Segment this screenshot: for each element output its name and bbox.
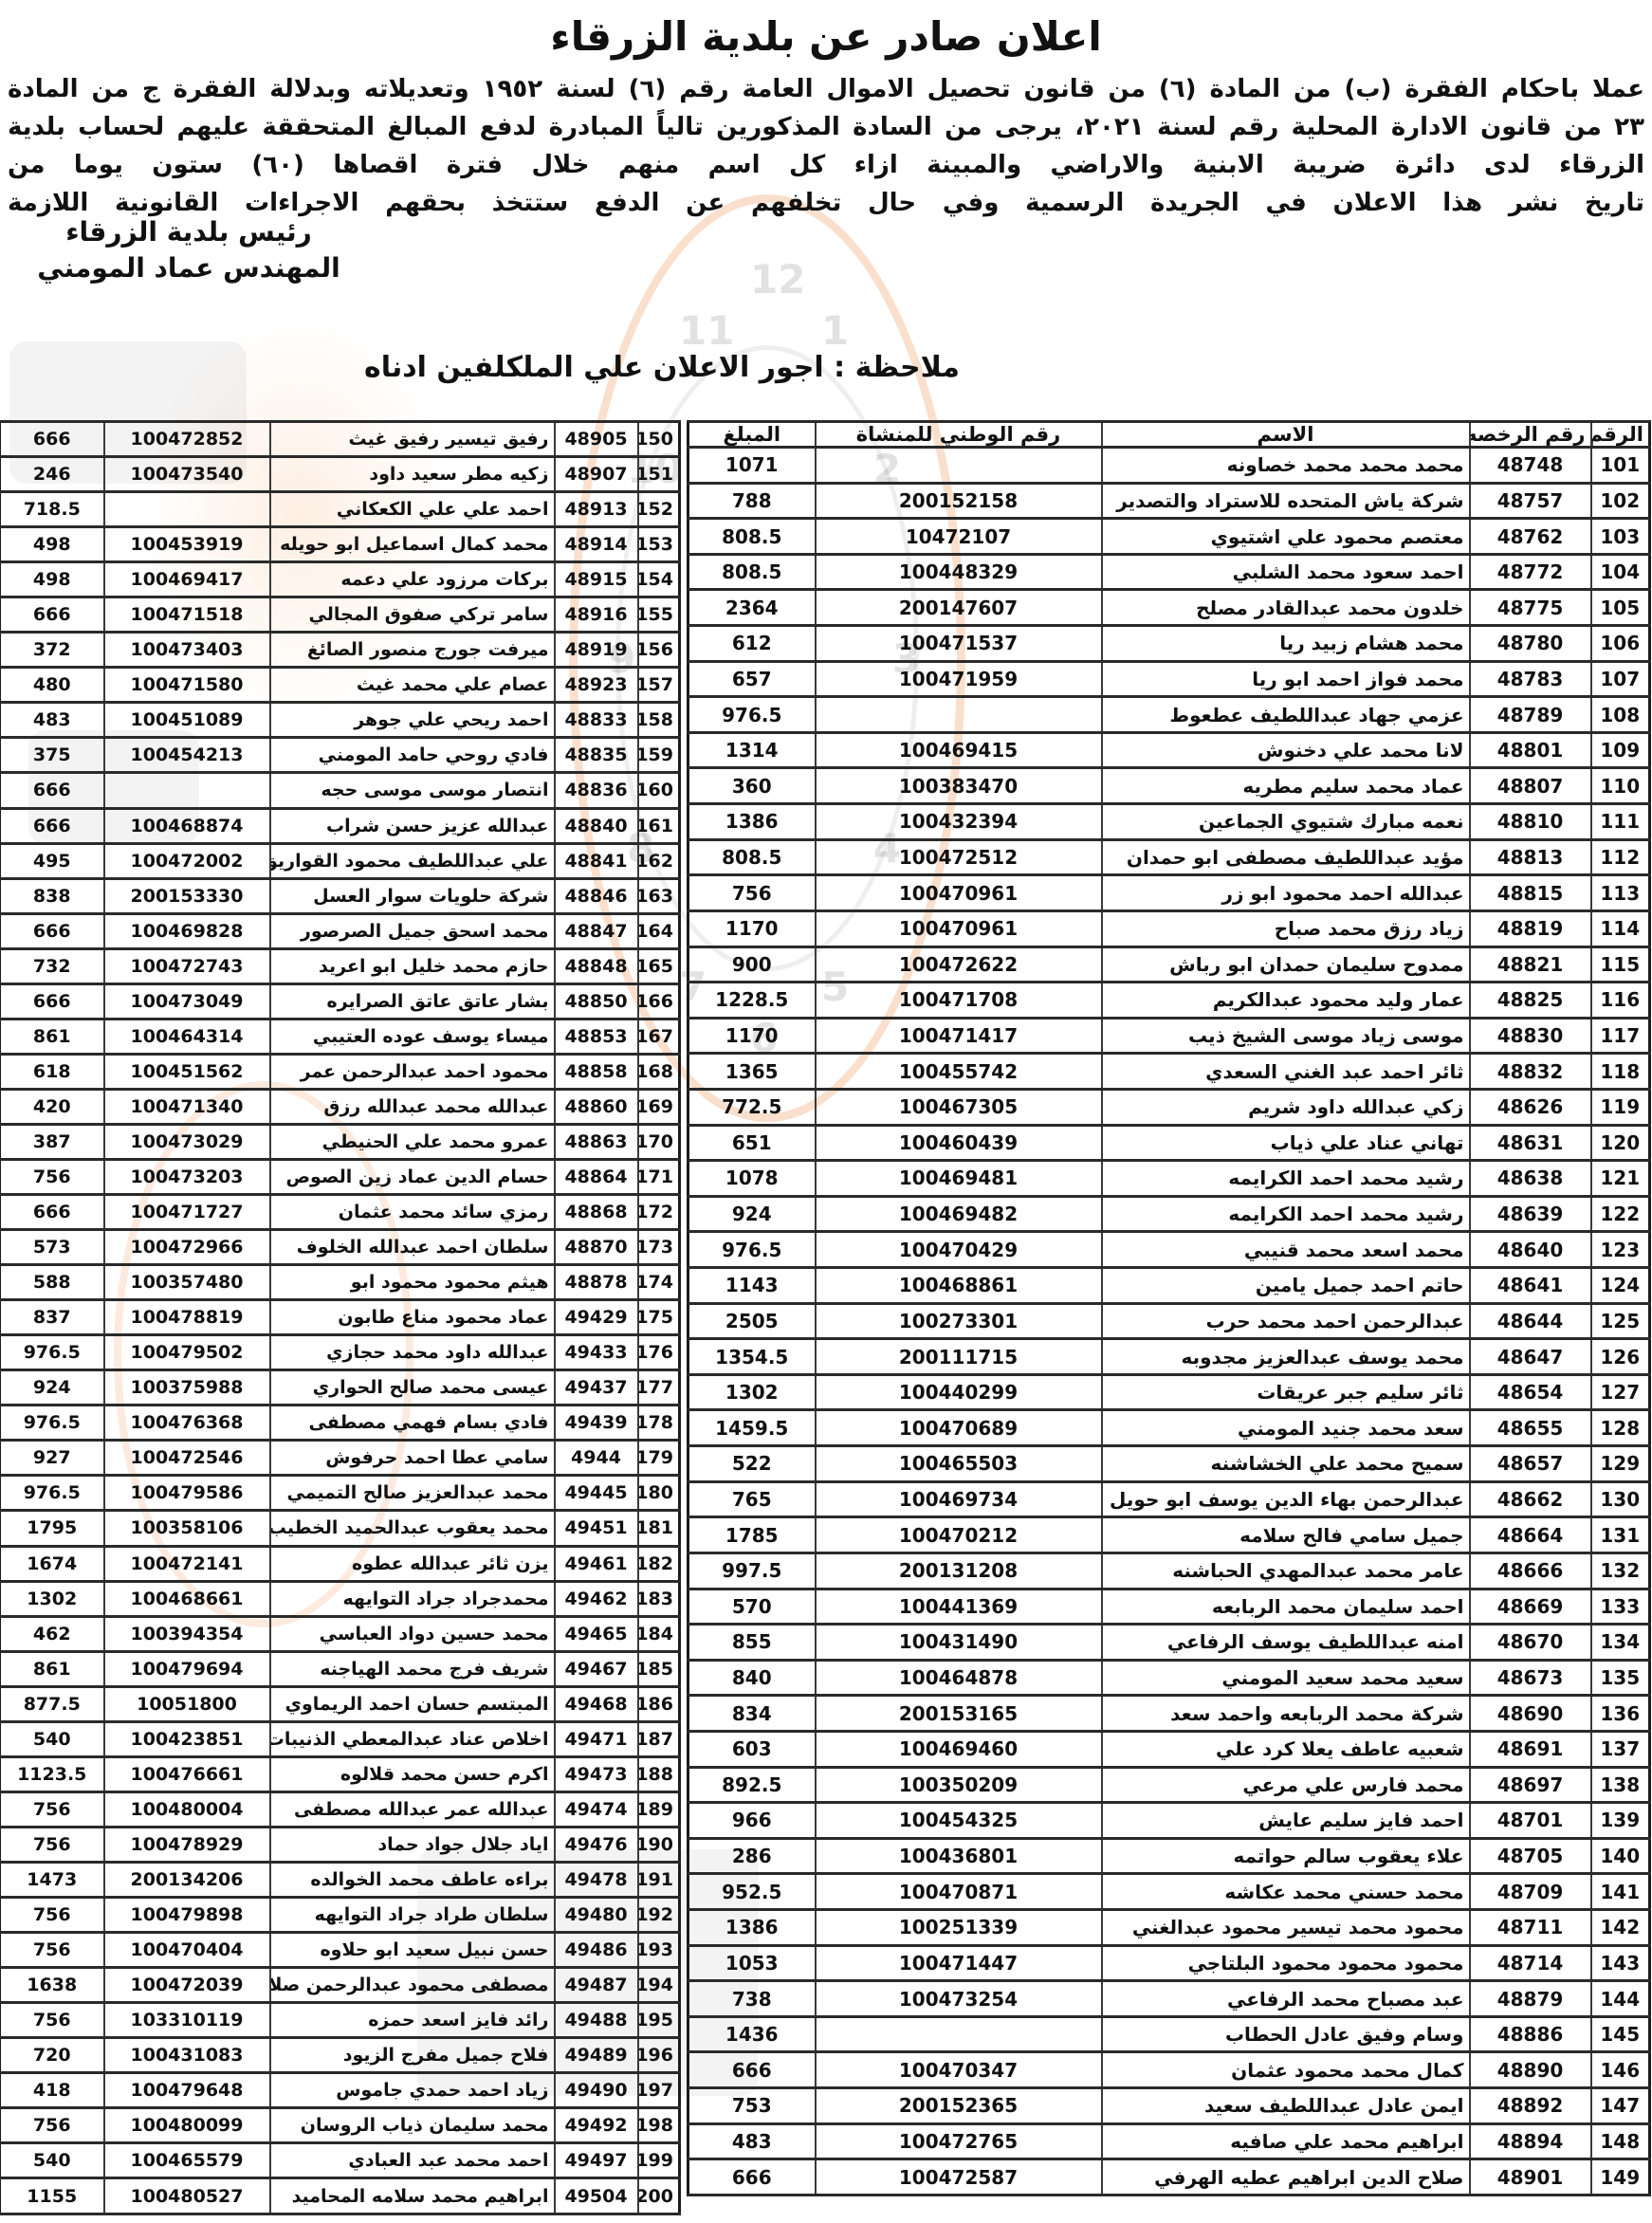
cell-num: 171 <box>638 1159 680 1194</box>
cell-license: 48913 <box>555 492 638 527</box>
cell-num: 133 <box>1591 1589 1650 1625</box>
table-row: 18049445محمد عبدالعزيز صالح التميمي10047… <box>0 1476 680 1511</box>
table-row: 11748830موسى زياد موسى الشيخ ذيب10047141… <box>688 1018 1650 1054</box>
cell-amount: 976.5 <box>0 1405 104 1441</box>
cell-license: 48858 <box>555 1054 638 1089</box>
cell-num: 119 <box>1591 1089 1650 1125</box>
cell-national: 100471580 <box>104 668 270 703</box>
cell-amount: 877.5 <box>0 1686 104 1721</box>
cell-num: 111 <box>1591 804 1650 840</box>
cell-national: 100464314 <box>104 1019 270 1054</box>
cell-license: 48879 <box>1470 1981 1591 2017</box>
cell-national: 100440299 <box>816 1374 1102 1410</box>
table-row: 15048905رفيق تيسير رفيق غيث100472852666 <box>0 422 680 457</box>
cell-license: 48701 <box>1470 1803 1591 1839</box>
cell-num: 186 <box>638 1686 680 1721</box>
cell-num: 188 <box>638 1756 680 1791</box>
cell-amount: 1155 <box>0 2178 104 2214</box>
cell-amount: 1386 <box>688 1909 816 1945</box>
cell-amount: 966 <box>688 1803 816 1839</box>
cell-name: احمد علي علي الكعكاني <box>270 492 555 527</box>
cell-amount: 765 <box>688 1481 816 1517</box>
cell-national: 100470689 <box>816 1410 1102 1446</box>
cell-name: فلاح جميل مفرج الزيود <box>270 2038 555 2073</box>
table-row: 13548673سعيد محمد سعيد المومني1004648788… <box>688 1660 1650 1696</box>
cell-national: 100472852 <box>104 422 270 457</box>
cell-license: 49497 <box>555 2143 638 2178</box>
table-row: 19749490زياد احمد حمدي جاموس100479648418 <box>0 2073 680 2108</box>
cell-license: 49439 <box>555 1405 638 1441</box>
cell-license: 48892 <box>1470 2088 1591 2124</box>
cell-license: 49489 <box>555 2038 638 2073</box>
table-row: 10548775خلدون محمد عبدالقادر مصلح2001476… <box>688 590 1650 626</box>
cell-name: عبدالله عمر عبدالله مصطفى <box>270 1791 555 1827</box>
cell-num: 142 <box>1591 1909 1650 1945</box>
cell-num: 107 <box>1591 661 1650 697</box>
table-row: 12548644عبدالرحمن احمد محمد حرب100273301… <box>688 1303 1650 1339</box>
cell-amount: 1123.5 <box>0 1756 104 1791</box>
table-row: 14948901صلاح الدين ابراهيم عطيه الهرفي10… <box>688 2159 1650 2195</box>
cell-num: 104 <box>1591 554 1650 590</box>
table-row: 19049476اياد جلال جواد حماد100478929756 <box>0 1827 680 1862</box>
cell-license: 48655 <box>1470 1410 1591 1446</box>
cell-national: 100465579 <box>104 2143 270 2178</box>
cell-num: 136 <box>1591 1696 1650 1732</box>
cell-num: 135 <box>1591 1660 1650 1696</box>
cell-name: محمد اسعد محمد قنيبي <box>1102 1232 1470 1268</box>
table-row: 15448915بركات مرزود علي دعمه100469417498 <box>0 562 680 597</box>
cell-amount: 772.5 <box>688 1089 816 1125</box>
cell-name: شركة ياش المتحده للاستراد والتصدير <box>1102 483 1470 519</box>
table-row: 17148864حسام الدين عماد زين الصوص1004732… <box>0 1159 680 1194</box>
cell-license: 48894 <box>1470 2123 1591 2159</box>
cell-license: 48705 <box>1470 1838 1591 1874</box>
cell-name: انتصار موسى موسى حجه <box>270 773 555 808</box>
cell-num: 102 <box>1591 483 1650 519</box>
cell-amount: 1302 <box>0 1581 104 1616</box>
col-header-national: رقم الوطني للمنشاة <box>816 422 1102 448</box>
cell-name: ثائر احمد عبد الغني السعدي <box>1102 1054 1470 1090</box>
cell-national: 100432394 <box>816 804 1102 840</box>
cell-amount: 997.5 <box>688 1552 816 1589</box>
cell-name: حازم محمد خليل ابو اعريد <box>270 948 555 983</box>
cell-num: 131 <box>1591 1517 1650 1553</box>
table-row: 12248639رشيد محمد احمد الكرايمه100469482… <box>688 1196 1650 1232</box>
cell-national: 100375988 <box>104 1370 270 1405</box>
table-row: 12848655سعد محمد جنيد المومني10047068914… <box>688 1410 1650 1446</box>
cell-amount: 1638 <box>0 1968 104 2003</box>
table-row: 10848789عزمي جهاد عبداللطيف عطعوط976.5 <box>688 697 1650 733</box>
cell-national: 100441369 <box>816 1589 1102 1625</box>
cell-national: 100471518 <box>104 597 270 633</box>
cell-license: 48864 <box>555 1159 638 1194</box>
table-row: 12148638رشيد محمد احمد الكرايمه100469481… <box>688 1161 1650 1197</box>
cell-name: جميل سامي فالح سلامه <box>1102 1517 1470 1553</box>
cell-name: وسام وفيق عادل الحطاب <box>1102 2016 1470 2052</box>
table-row: 14148709محمد حسني محمد عكاشه100470871952… <box>688 1874 1650 1910</box>
cell-name: خلدون محمد عبدالقادر مصلح <box>1102 590 1470 626</box>
cell-license: 48691 <box>1470 1731 1591 1767</box>
table-row: 16548848حازم محمد خليل ابو اعريد10047274… <box>0 948 680 983</box>
cell-name: ابراهيم محمد سلامه المحاميد <box>270 2178 555 2214</box>
cell-name: عبدالله محمد عبدالله رزق <box>270 1089 555 1124</box>
cell-amount: 976.5 <box>0 1335 104 1370</box>
cell-num: 166 <box>638 983 680 1019</box>
table-row: 18649468المبتسم حسان احمد الريماوي100518… <box>0 1686 680 1721</box>
cell-license: 48639 <box>1470 1196 1591 1232</box>
cell-license: 48915 <box>555 562 638 597</box>
cell-national: 100470212 <box>816 1517 1102 1553</box>
table-row: 11348815عبدالله احمد محمود ابو زر1004709… <box>688 875 1650 911</box>
cell-national: 100469481 <box>816 1161 1102 1197</box>
cell-amount: 540 <box>0 1721 104 1756</box>
cell-amount: 495 <box>0 843 104 878</box>
cell-amount: 666 <box>0 913 104 948</box>
cell-amount: 808.5 <box>688 839 816 875</box>
table-row: 1794944سامي عطا احمد حرفوش100472546927 <box>0 1441 680 1476</box>
cell-amount: 1354.5 <box>688 1339 816 1375</box>
cell-license: 48714 <box>1470 1945 1591 1981</box>
cell-national: 100460439 <box>816 1125 1102 1161</box>
table-row: 10648780محمد هشام زبيد ريا100471537612 <box>688 626 1650 662</box>
cell-num: 185 <box>638 1651 680 1686</box>
cell-amount: 618 <box>0 1054 104 1089</box>
fees-table-right: الرقم رقم الرخصه الاسم رقم الوطني للمنشا… <box>687 420 1651 2196</box>
cell-amount: 976.5 <box>688 1232 816 1268</box>
cell-num: 194 <box>638 1968 680 2003</box>
cell-license: 48850 <box>555 983 638 1019</box>
cell-license: 48775 <box>1470 590 1591 626</box>
table-row: 18349462محمدجراد جراد التوايهه1004686611… <box>0 1581 680 1616</box>
cell-name: ثائر سليم جبر عريقات <box>1102 1374 1470 1410</box>
cell-num: 164 <box>638 913 680 948</box>
cell-license: 48690 <box>1470 1696 1591 1732</box>
cell-national: 100350209 <box>816 1767 1102 1803</box>
cell-license: 48813 <box>1470 839 1591 875</box>
cell-national: 100471340 <box>104 1089 270 1124</box>
cell-national: 100472512 <box>816 839 1102 875</box>
table-row: 14648890كمال محمد محمود عثمان10047034766… <box>688 2052 1650 2088</box>
cell-national: 100479586 <box>104 1476 270 1511</box>
cell-license: 49461 <box>555 1546 638 1581</box>
table-row: 14748892ايمن عادل عبداللطيف سعيد20015236… <box>688 2088 1650 2124</box>
table-row: 17849439فادي بسام فهمي مصطفى100476368976… <box>0 1405 680 1441</box>
cell-num: 128 <box>1591 1410 1650 1446</box>
cell-num: 178 <box>638 1405 680 1441</box>
cell-amount: 855 <box>688 1625 816 1661</box>
cell-amount: 756 <box>0 1159 104 1194</box>
cell-amount: 1436 <box>688 2016 816 2052</box>
cell-num: 179 <box>638 1441 680 1476</box>
table-row: 17549429عماد محمود مناع طابون10047881983… <box>0 1300 680 1335</box>
cell-amount: 372 <box>0 633 104 668</box>
cell-amount: 756 <box>0 1933 104 1968</box>
fees-table-left-wrap: 15048905رفيق تيسير رفيق غيث1004728526661… <box>1 420 681 2215</box>
cell-amount: 612 <box>688 626 816 662</box>
cell-national: 200153330 <box>104 878 270 913</box>
cell-name: عامر محمد عبدالمهدي الحباشنه <box>1102 1552 1470 1589</box>
cell-national: 100476368 <box>104 1405 270 1441</box>
cell-national: 100471959 <box>816 661 1102 697</box>
table-row: 19149478براءه عاطف محمد الخوالده20013420… <box>0 1862 680 1897</box>
cell-num: 108 <box>1591 697 1650 733</box>
table-row: 19849492محمد سليمان ذياب الروسان10048009… <box>0 2108 680 2143</box>
table-row: 12648647محمد يوسف عبدالعزيز مجدوبه200111… <box>688 1339 1650 1375</box>
cell-num: 114 <box>1591 910 1650 946</box>
cell-amount: 924 <box>0 1370 104 1405</box>
table-row: 13448670امنه عبداللطيف يوسف الرفاعي10043… <box>688 1625 1650 1661</box>
cell-amount: 540 <box>0 2143 104 2178</box>
cell-license: 49467 <box>555 1651 638 1686</box>
cell-num: 168 <box>638 1054 680 1089</box>
cell-num: 157 <box>638 668 680 703</box>
cell-num: 147 <box>1591 2088 1650 2124</box>
cell-name: امنه عبداللطيف يوسف الرفاعي <box>1102 1625 1470 1661</box>
cell-num: 106 <box>1591 626 1650 662</box>
cell-license: 48833 <box>555 703 638 738</box>
cell-num: 187 <box>638 1721 680 1756</box>
cell-license: 48914 <box>555 527 638 562</box>
cell-amount: 2364 <box>688 590 816 626</box>
table-row: 18849473اكرم حسن محمد قلالوه100476661112… <box>0 1756 680 1791</box>
cell-name: عزمي جهاد عبداللطيف عطعوط <box>1102 697 1470 733</box>
table-row: 15148907زكيه مطر سعيد داود100473540246 <box>0 457 680 492</box>
cell-national: 100471537 <box>816 626 1102 662</box>
cell-license: 49488 <box>555 2003 638 2038</box>
cell-license: 48832 <box>1470 1054 1591 1090</box>
cell-license: 48807 <box>1470 768 1591 804</box>
cell-num: 121 <box>1591 1161 1650 1197</box>
table-row: 16748853ميساء يوسف عوده العتيبي100464314… <box>0 1019 680 1054</box>
table-row: 17248868رمزي سائد محمد عثمان100471727666 <box>0 1195 680 1230</box>
cell-national: 100468874 <box>104 808 270 843</box>
cell-num: 196 <box>638 2038 680 2073</box>
cell-license: 49504 <box>555 2178 638 2214</box>
fees-table-right-wrap: الرقم رقم الرخصه الاسم رقم الوطني للمنشا… <box>689 420 1651 2196</box>
cell-license: 48654 <box>1470 1374 1591 1410</box>
cell-national <box>816 448 1102 484</box>
cell-national: 100357480 <box>104 1265 270 1300</box>
cell-name: لانا محمد علي دخنوش <box>1102 732 1470 768</box>
cell-num: 143 <box>1591 1945 1650 1981</box>
table-row: 10948801لانا محمد علي دخنوش1004694151314 <box>688 732 1650 768</box>
cell-name: سميح محمد علي الخشاشنه <box>1102 1446 1470 1482</box>
cell-amount: 570 <box>688 1589 816 1625</box>
cell-num: 170 <box>638 1124 680 1159</box>
cell-license: 49471 <box>555 1721 638 1756</box>
cell-name: فادي بسام فهمي مصطفى <box>270 1405 555 1441</box>
cell-num: 144 <box>1591 1981 1650 2017</box>
table-row: 16848858محمود احمد عبدالرحمن عمر10045156… <box>0 1054 680 1089</box>
cell-amount: 666 <box>688 2159 816 2195</box>
cell-num: 190 <box>638 1827 680 1862</box>
cell-name: محمد محمد محمد خصاونه <box>1102 448 1470 484</box>
cell-name: اكرم حسن محمد قلالوه <box>270 1756 555 1791</box>
cell-num: 139 <box>1591 1803 1650 1839</box>
cell-name: عماد محمد سليم مطريه <box>1102 768 1470 804</box>
cell-national: 200152365 <box>816 2088 1102 2124</box>
cell-amount: 976.5 <box>688 697 816 733</box>
cell-national: 100469482 <box>816 1196 1102 1232</box>
cell-national: 100469828 <box>104 913 270 948</box>
cell-num: 141 <box>1591 1874 1650 1910</box>
cell-name: محمود محمد تيسير محمود عبدالغني <box>1102 1909 1470 1945</box>
cell-license: 49486 <box>555 1933 638 1968</box>
cell-num: 138 <box>1591 1767 1650 1803</box>
cell-name: محمد كمال اسماعيل ابو حويله <box>270 527 555 562</box>
table-row: 13748691شعبيه عاطف يعلا كرد علي100469460… <box>688 1731 1650 1767</box>
cell-national: 100472765 <box>816 2123 1102 2159</box>
cell-national: 100473203 <box>104 1159 270 1194</box>
cell-national: 100470961 <box>816 875 1102 911</box>
table-row: 18249461يزن ثائر عبدالله عطوه10047214116… <box>0 1546 680 1581</box>
cell-national: 200153165 <box>816 1696 1102 1732</box>
col-header-num: الرقم <box>1591 422 1650 448</box>
cell-national: 100454213 <box>104 738 270 773</box>
cell-license: 48801 <box>1470 732 1591 768</box>
cell-license: 48669 <box>1470 1589 1591 1625</box>
cell-amount: 788 <box>688 483 816 519</box>
cell-amount: 976.5 <box>0 1476 104 1511</box>
cell-amount: 588 <box>0 1265 104 1300</box>
cell-amount: 738 <box>688 1981 816 2017</box>
cell-amount: 651 <box>688 1125 816 1161</box>
cell-amount: 718.5 <box>0 492 104 527</box>
cell-amount: 420 <box>0 1089 104 1124</box>
cell-license: 49480 <box>555 1897 638 1932</box>
cell-num: 193 <box>638 1933 680 1968</box>
cell-num: 199 <box>638 2143 680 2178</box>
cell-name: حسام الدين عماد زين الصوص <box>270 1159 555 1194</box>
table-row: 13348669احمد سليمان محمد الربابعه1004413… <box>688 1589 1650 1625</box>
cell-amount: 480 <box>0 668 104 703</box>
table-row: 19249480سلطان طراد جراد التوايهه10047989… <box>0 1897 680 1932</box>
cell-amount: 1143 <box>688 1268 816 1304</box>
cell-national <box>816 2016 1102 2052</box>
cell-num: 182 <box>638 1546 680 1581</box>
cell-license: 48783 <box>1470 661 1591 697</box>
cell-amount: 861 <box>0 1651 104 1686</box>
cell-name: هيثم محمود محمود ابو <box>270 1265 555 1300</box>
cell-num: 183 <box>638 1581 680 1616</box>
cell-name: ميرفت جورج منصور الصائغ <box>270 633 555 668</box>
cell-license: 48819 <box>1470 910 1591 946</box>
cell-national: 103310119 <box>104 2003 270 2038</box>
cell-amount: 462 <box>0 1616 104 1651</box>
cell-national <box>104 492 270 527</box>
cell-num: 160 <box>638 773 680 808</box>
cell-license: 48860 <box>555 1089 638 1124</box>
cell-name: زكيه مطر سعيد داود <box>270 457 555 492</box>
cell-license: 48780 <box>1470 626 1591 662</box>
cell-name: عبد مصباح محمد الرفاعي <box>1102 1981 1470 2017</box>
cell-name: سعيد محمد سعيد المومني <box>1102 1660 1470 1696</box>
announcement-page: 121234567891011 اعلان صادر عن بلدية الزر… <box>0 0 1652 2223</box>
cell-license: 48670 <box>1470 1625 1591 1661</box>
cell-name: نعمه مبارك شتيوي الجماعين <box>1102 804 1470 840</box>
cell-amount: 522 <box>688 1446 816 1482</box>
signature-block: رئيس بلدية الزرقاء المهندس عماد المومني <box>23 214 355 286</box>
cell-name: محمد يعقوب عبدالحميد الخطيب <box>270 1511 555 1546</box>
cell-name: محمود محمود محمود البلتاجي <box>1102 1945 1470 1981</box>
table-row: 11848832ثائر احمد عبد الغني السعدي100455… <box>688 1054 1650 1090</box>
cell-license: 48830 <box>1470 1018 1591 1054</box>
table-row: 19949497احمد محمد عبد العبادي10046557954… <box>0 2143 680 2178</box>
table-row: 17749437عيسى محمد صالح الحواري1003759889… <box>0 1370 680 1405</box>
cell-name: يزن ثائر عبدالله عطوه <box>270 1546 555 1581</box>
cell-license: 49473 <box>555 1756 638 1791</box>
cell-license: 49465 <box>555 1616 638 1651</box>
cell-num: 159 <box>638 738 680 773</box>
cell-national: 100383470 <box>816 768 1102 804</box>
table-row: 13148664جميل سامي فالح سلامه100470212178… <box>688 1517 1650 1553</box>
table-row: 18749471اخلاص عناد عبدالمعطي الذنيبات100… <box>0 1721 680 1756</box>
cell-national: 100470961 <box>816 910 1102 946</box>
cell-license: 48644 <box>1470 1303 1591 1339</box>
table-row: 14248711محمود محمد تيسير محمود عبدالغني1… <box>688 1909 1650 1945</box>
cell-num: 163 <box>638 878 680 913</box>
table-row: 13648690شركة محمد الربابعه واحمد سعد2001… <box>688 1696 1650 1732</box>
cell-amount: 1459.5 <box>688 1410 816 1446</box>
cell-national: 100473049 <box>104 983 270 1019</box>
fees-table-left: 15048905رفيق تيسير رفيق غيث1004728526661… <box>0 420 681 2215</box>
cell-name: حاتم احمد جميل يامين <box>1102 1268 1470 1304</box>
cell-national: 100472587 <box>816 2159 1102 2195</box>
cell-national: 100473540 <box>104 457 270 492</box>
cell-license: 48878 <box>555 1265 638 1300</box>
cell-amount: 483 <box>688 2123 816 2159</box>
cell-national: 100273301 <box>816 1303 1102 1339</box>
cell-name: حسن نبيل سعيد ابو حلاوه <box>270 1933 555 1968</box>
cell-license: 48748 <box>1470 448 1591 484</box>
cell-amount: 720 <box>0 2038 104 2073</box>
cell-license: 48640 <box>1470 1232 1591 1268</box>
table-row: 13248666عامر محمد عبدالمهدي الحباشنه2001… <box>688 1552 1650 1589</box>
cell-license: 48870 <box>555 1230 638 1265</box>
cell-license: 48709 <box>1470 1874 1591 1910</box>
cell-num: 176 <box>638 1335 680 1370</box>
cell-amount: 1302 <box>688 1374 816 1410</box>
cell-national: 100469415 <box>816 732 1102 768</box>
cell-national: 100479898 <box>104 1897 270 1932</box>
cell-num: 192 <box>638 1897 680 1932</box>
cell-name: معتصم محمود علي اشتيوي <box>1102 519 1470 555</box>
cell-name: زياد احمد حمدي جاموس <box>270 2073 555 2108</box>
cell-num: 101 <box>1591 448 1650 484</box>
cell-national: 100468861 <box>816 1268 1102 1304</box>
cell-national: 100473029 <box>104 1124 270 1159</box>
cell-name: بشار عاتق عاتق الصرايره <box>270 983 555 1019</box>
cell-num: 110 <box>1591 768 1650 804</box>
cell-name: براءه عاطف محمد الخوالده <box>270 1862 555 1897</box>
page-title: اعلان صادر عن بلدية الزرقاء <box>0 13 1652 60</box>
cell-national: 200134206 <box>104 1862 270 1897</box>
cell-name: محمود احمد عبدالرحمن عمر <box>270 1054 555 1089</box>
cell-license: 48836 <box>555 773 638 808</box>
cell-amount: 1071 <box>688 448 816 484</box>
cell-amount: 666 <box>0 773 104 808</box>
table-row: 15548916سامر تركي صفوق المجالي1004715186… <box>0 597 680 633</box>
cell-amount: 666 <box>0 1195 104 1230</box>
cell-name: ممدوح سليمان حمدان ابو رباش <box>1102 946 1470 983</box>
table-row: 19449487مصطفى محمود عبدالرحمن صلاح100472… <box>0 1968 680 2003</box>
cell-national: 100464878 <box>816 1660 1102 1696</box>
cell-num: 161 <box>638 808 680 843</box>
cell-name: احمد محمد عبد العبادي <box>270 2143 555 2178</box>
paragraph-line: ٢٣ من قانون الادارة المحلية رقم لسنة ٢٠٢… <box>8 108 1644 146</box>
cell-amount: 375 <box>0 738 104 773</box>
cell-license: 48916 <box>555 597 638 633</box>
